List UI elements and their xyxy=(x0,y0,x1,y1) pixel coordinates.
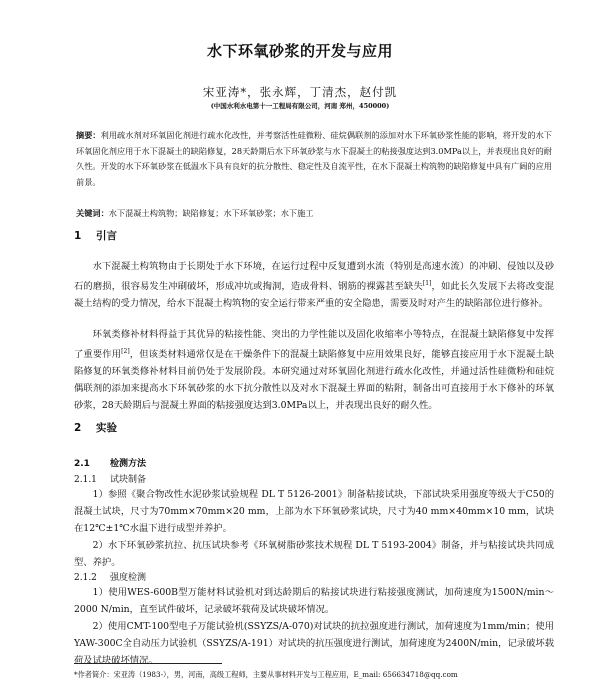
intro-paragraph-1: 水下混凝土构筑物由于长期处于水下环境，在运行过程中反复遭到水流（特别是高速水流）… xyxy=(74,258,554,312)
specimen-paragraph-1: 1）参照《聚合物改性水泥砂浆试验规程 DL T 5126-2001》制备粘接试块… xyxy=(74,486,554,537)
strength-paragraph-2: 2）使用CMT-100型电子万能试验机(SSYZS/A-070)对试块的抗拉强度… xyxy=(74,618,554,669)
specimen-paragraph-2: 2）水下环氧砂浆抗拉、抗压试块参考《环氧树脂砂浆技术规程 DL T 5193-2… xyxy=(74,537,554,571)
abstract-text: 利用疏水剂对环氧固化剂进行疏水化改性，并考察活性硅微粉、硅烷偶联剂的添加对水下环… xyxy=(76,130,552,187)
subsection-heading-2-1: 2.1检测方法 xyxy=(74,456,146,469)
footnote-divider xyxy=(74,663,222,664)
paper-title: 水下环氧砂浆的开发与应用 xyxy=(0,40,600,61)
keywords: 关键词：水下混凝土构筑物；缺陷修复；水下环氧砂浆；水下施工 xyxy=(76,206,552,220)
keywords-label: 关键词： xyxy=(76,208,109,218)
author-list: 宋亚涛*，张永辉，丁清杰，赵付凯 xyxy=(0,84,600,100)
strength-paragraph-1: 1）使用WES-600B型万能材料试验机对到达龄期后的粘接试块进行粘接强度测试，… xyxy=(74,584,554,618)
section-heading-introduction: 1引言 xyxy=(74,228,117,243)
author-footnote: *作者简介：宋亚涛（1983-），男，河南，高级工程师，主要从事材料开发与工程应… xyxy=(74,670,564,680)
abstract-label: 摘要： xyxy=(76,130,101,140)
paper-page: 水下环氧砂浆的开发与应用 宋亚涛*，张永辉，丁清杰，赵付凯 (中国水利水电第十一… xyxy=(0,0,600,696)
intro-paragraph-2: 环氧类修补材料得益于其优异的粘接性能、突出的力学性能以及固化收缩率小等特点，在混… xyxy=(74,326,554,414)
abstract: 摘要：利用疏水剂对环氧固化剂进行疏水化改性，并考察活性硅微粉、硅烷偶联剂的添加对… xyxy=(76,128,552,190)
keywords-text: 水下混凝土构筑物；缺陷修复；水下环氧砂浆；水下施工 xyxy=(109,208,314,218)
affiliation: (中国水利水电第十一工程局有限公司，河南 郑州，450000) xyxy=(0,101,600,110)
citation-2: [2] xyxy=(121,348,130,355)
subsection-heading-2-1-2: 2.1.2强度检测 xyxy=(74,570,146,583)
subsection-heading-2-1-1: 2.1.1试块制备 xyxy=(74,472,146,485)
section-heading-experiment: 2实验 xyxy=(74,420,117,435)
